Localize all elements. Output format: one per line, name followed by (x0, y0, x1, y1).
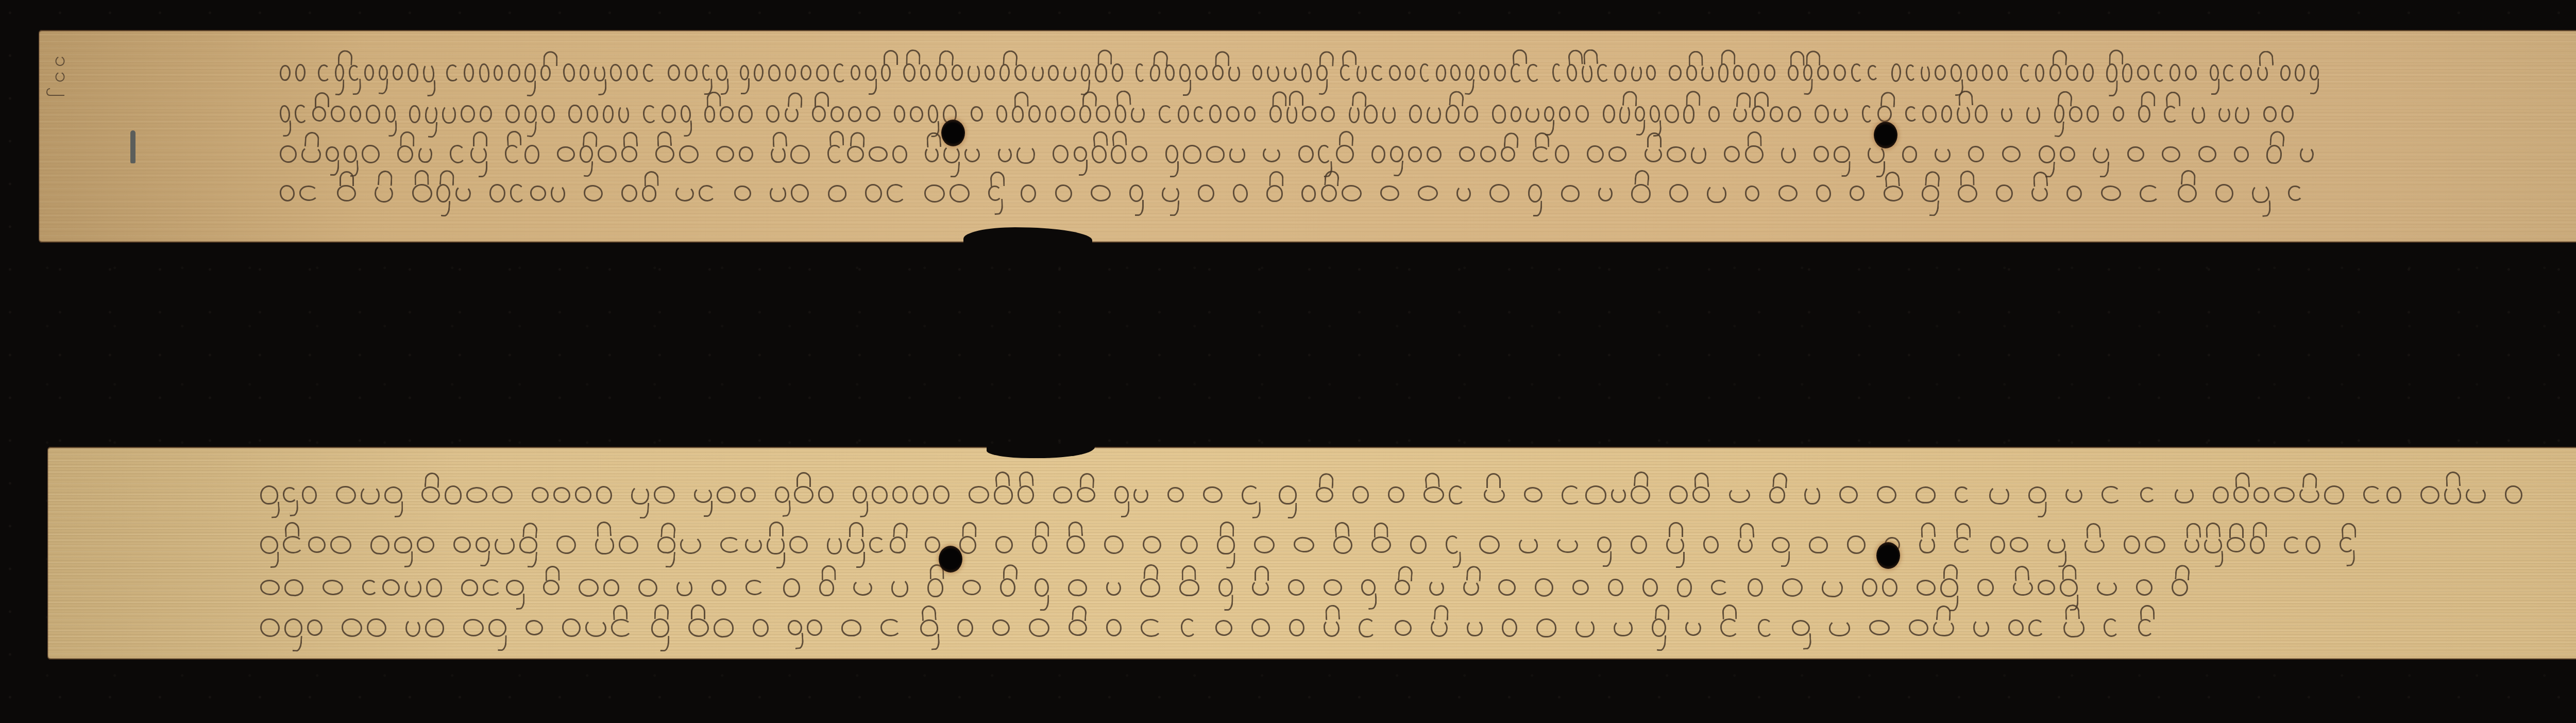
handwritten-glyph (2037, 579, 2056, 596)
handwritten-glyph (1581, 63, 1593, 82)
handwritten-glyph (789, 535, 808, 554)
handwritten-glyph (1710, 579, 1728, 595)
handwritten-glyph (1575, 618, 1595, 637)
handwritten-glyph (1676, 578, 1693, 598)
handwritten-glyph (1821, 577, 1843, 597)
handwritten-glyph (927, 105, 939, 124)
handwritten-glyph (1297, 145, 1314, 163)
handwritten-glyph (851, 65, 860, 80)
handwritten-glyph (1177, 105, 1190, 123)
handwritten-glyph (1968, 145, 1985, 163)
handwritten-glyph (1133, 486, 1149, 503)
handwritten-glyph (1954, 536, 1971, 553)
handwritten-glyph (578, 578, 599, 597)
handwritten-glyph (1382, 105, 1396, 124)
handwritten-glyph (865, 184, 882, 203)
handwritten-glyph (611, 618, 632, 637)
handwritten-glyph (1527, 63, 1540, 82)
handwritten-glyph (2266, 144, 2283, 164)
handwritten-glyph (1302, 106, 1316, 122)
handwritten-glyph (1686, 64, 1697, 80)
handwritten-glyph (2065, 64, 2079, 81)
handwritten-glyph (716, 64, 728, 81)
handwritten-glyph (361, 485, 380, 505)
handwritten-glyph (425, 618, 445, 637)
handwritten-glyph (416, 536, 435, 553)
handwritten-glyph (422, 63, 435, 82)
handwritten-glyph (704, 105, 715, 122)
handwritten-glyph (1136, 63, 1146, 82)
handwritten-glyph (1733, 64, 1743, 80)
handwritten-glyph (1851, 63, 1863, 82)
handwritten-glyph (2035, 63, 2045, 81)
handwritten-glyph (337, 185, 356, 201)
handwritten-glyph (1523, 486, 1543, 503)
handwritten-glyph (1902, 145, 1917, 163)
handwritten-glyph (1380, 185, 1400, 201)
handwritten-glyph (1666, 536, 1684, 554)
handwritten-glyph (1566, 63, 1578, 81)
handwritten-glyph (970, 106, 983, 122)
handwritten-glyph (2420, 485, 2439, 504)
handwritten-glyph (1575, 105, 1589, 123)
handwritten-glyph (2465, 486, 2486, 504)
handwritten-glyph (783, 578, 800, 597)
handwritten-glyph (282, 487, 297, 503)
handwritten-glyph (2154, 63, 2165, 82)
handwritten-glyph (603, 579, 619, 596)
handwritten-glyph (1164, 64, 1175, 81)
handwritten-glyph (1861, 105, 1873, 123)
handwritten-glyph (489, 183, 506, 203)
leaf-1-string-hole-right (1874, 122, 1897, 148)
handwritten-glyph (1561, 184, 1580, 202)
handwritten-glyph (643, 105, 657, 123)
handwritten-glyph (1215, 619, 1233, 636)
handwritten-glyph (2191, 104, 2206, 124)
handwritten-glyph (2198, 146, 2216, 163)
handwritten-glyph (366, 104, 381, 123)
handwritten-glyph (770, 145, 786, 163)
handwritten-glyph (1429, 579, 1445, 596)
handwritten-glyph (872, 485, 888, 504)
handwritten-glyph (2031, 185, 2048, 202)
handwritten-glyph (1288, 579, 1305, 596)
handwritten-glyph (920, 64, 931, 81)
handwritten-glyph (784, 106, 799, 122)
handwritten-glyph (1262, 146, 1281, 163)
handwritten-glyph (1445, 104, 1460, 124)
handwritten-glyph (2084, 536, 2105, 553)
handwritten-glyph (1358, 618, 1376, 637)
handwritten-glyph (1940, 578, 1958, 597)
handwritten-glyph (455, 185, 471, 202)
handwritten-glyph (557, 146, 575, 162)
handwritten-glyph (449, 144, 466, 163)
handwritten-glyph (927, 578, 944, 597)
handwritten-glyph (1510, 106, 1522, 122)
handwritten-glyph (767, 535, 785, 554)
handwritten-glyph (575, 486, 592, 503)
handwritten-glyph (1803, 64, 1812, 81)
handwritten-glyph (1498, 579, 1516, 596)
handwritten-glyph (790, 144, 810, 164)
handwritten-glyph (1630, 485, 1651, 505)
handwritten-glyph (478, 63, 489, 82)
handwritten-glyph (1982, 64, 1993, 81)
handwritten-glyph (1426, 104, 1442, 124)
handwritten-glyph (524, 63, 536, 82)
handwritten-glyph (1161, 184, 1180, 203)
handwritten-glyph (523, 105, 537, 124)
handwritten-glyph (1371, 536, 1392, 553)
handwritten-glyph (1839, 485, 1858, 503)
manuscript-text-line: ဝါ ဂ ဝ ဝလဝ ယဏ္ဍ ပ ဟာ ဝိ ဂ ကိ ဂ ကိ ဗွ ဝ ဂ… (280, 178, 2308, 209)
handwritten-glyph (819, 579, 835, 596)
handwritten-glyph (651, 618, 669, 637)
handwritten-glyph (1850, 185, 1866, 201)
handwritten-glyph (999, 63, 1010, 81)
handwritten-glyph (260, 580, 280, 595)
handwritten-glyph (1165, 145, 1179, 163)
handwritten-glyph (1787, 106, 1802, 123)
handwritten-glyph (1479, 535, 1500, 554)
handwritten-glyph (999, 578, 1015, 597)
handwritten-glyph (2053, 104, 2064, 123)
handwritten-glyph (2092, 145, 2110, 164)
handwritten-glyph (2294, 63, 2306, 81)
handwritten-glyph (2251, 183, 2270, 204)
handwritten-glyph (556, 535, 577, 555)
handwritten-glyph (1450, 64, 1461, 81)
handwritten-glyph (968, 485, 990, 505)
handwritten-glyph (494, 64, 503, 80)
handwritten-glyph (2386, 486, 2402, 503)
handwritten-glyph (827, 144, 843, 163)
handwritten-glyph (1252, 580, 1269, 596)
handwritten-glyph (1167, 487, 1184, 502)
handwritten-glyph (654, 485, 675, 504)
handwritten-glyph (1112, 63, 1123, 82)
handwritten-glyph (2444, 485, 2462, 505)
handwritten-glyph (1218, 578, 1233, 597)
handwritten-glyph (2215, 184, 2234, 203)
handwritten-glyph (1815, 105, 1829, 124)
handwritten-glyph (685, 64, 698, 81)
handwritten-glyph (364, 64, 375, 81)
handwritten-glyph (1032, 535, 1048, 554)
handwritten-glyph (1646, 65, 1657, 81)
handwritten-glyph (1179, 63, 1191, 81)
handwritten-glyph (2049, 64, 2062, 82)
handwritten-glyph (2281, 105, 2294, 123)
handwritten-glyph (1748, 63, 1759, 82)
handwritten-glyph (2324, 485, 2344, 505)
handwritten-glyph (1016, 144, 1036, 164)
handwritten-glyph (1067, 578, 1088, 597)
handwritten-glyph (295, 63, 306, 81)
handwritten-glyph (425, 104, 438, 124)
handwritten-glyph (317, 64, 330, 81)
handwritten-glyph (1341, 185, 1361, 202)
handwritten-glyph (912, 484, 929, 505)
handwritten-glyph (1217, 535, 1235, 554)
handwritten-glyph (988, 186, 1002, 201)
handwritten-glyph (1318, 145, 1332, 164)
handwritten-glyph (1096, 105, 1111, 123)
handwritten-glyph (1361, 579, 1376, 596)
handwritten-glyph (869, 146, 888, 162)
handwritten-glyph (370, 534, 390, 554)
handwritten-glyph (1587, 145, 1604, 163)
handwritten-glyph (720, 536, 740, 553)
handwritten-glyph (1804, 485, 1821, 505)
handwritten-glyph (1664, 104, 1679, 123)
handwritten-glyph (426, 578, 443, 597)
handwritten-glyph (1532, 146, 1550, 162)
handwritten-glyph (1967, 64, 1978, 81)
handwritten-glyph (1602, 105, 1615, 124)
handwritten-glyph (470, 145, 487, 163)
leaf-2-string-hole-left (939, 546, 962, 573)
handwritten-glyph (1552, 63, 1563, 82)
handwritten-glyph (334, 64, 344, 82)
handwritten-glyph (1315, 486, 1334, 503)
handwritten-glyph (1555, 145, 1569, 163)
handwritten-glyph (361, 145, 380, 164)
handwritten-glyph (2299, 486, 2320, 503)
handwritten-glyph (680, 105, 691, 123)
handwritten-glyph (1935, 146, 1950, 162)
handwritten-glyph (1269, 105, 1282, 123)
handwritten-glyph (1922, 105, 1938, 124)
handwritten-glyph (1371, 64, 1384, 81)
handwritten-glyph (1110, 144, 1127, 164)
handwritten-glyph (951, 64, 963, 81)
handwritten-glyph (1782, 578, 1803, 598)
handwritten-glyph (1916, 486, 1936, 503)
handwritten-glyph (597, 145, 617, 163)
handwritten-glyph (787, 619, 803, 636)
handwritten-glyph (1933, 618, 1955, 636)
handwritten-glyph (1266, 63, 1280, 82)
handwritten-glyph (1764, 64, 1775, 81)
handwritten-glyph (260, 535, 279, 554)
handwritten-glyph (2162, 146, 2180, 162)
handwritten-glyph (1209, 105, 1222, 123)
handwritten-glyph (609, 63, 622, 81)
handwritten-glyph (631, 485, 650, 505)
handwritten-glyph (1631, 64, 1642, 81)
handwritten-glyph (568, 105, 582, 123)
handwritten-glyph (1905, 106, 1918, 122)
handwritten-glyph (1356, 63, 1367, 82)
handwritten-glyph (453, 536, 471, 553)
handwritten-glyph (1701, 64, 1714, 81)
handwritten-glyph (1323, 579, 1343, 596)
handwritten-glyph (853, 579, 873, 596)
handwritten-glyph (2227, 537, 2245, 552)
handwritten-glyph (1410, 535, 1427, 554)
handwritten-glyph (1669, 184, 1689, 203)
handwritten-glyph (492, 486, 513, 503)
handwritten-glyph (551, 184, 565, 203)
handwritten-glyph (1286, 105, 1298, 124)
handwritten-glyph (621, 184, 638, 202)
handwritten-glyph (1905, 64, 1916, 81)
handwritten-glyph (812, 106, 825, 122)
handwritten-glyph (734, 186, 752, 201)
handwritten-glyph (530, 185, 547, 201)
handwritten-glyph (766, 105, 781, 123)
handwritten-glyph (1106, 580, 1121, 596)
handwritten-glyph (740, 486, 756, 503)
handwritten-glyph (1278, 485, 1297, 505)
handwritten-glyph (679, 145, 698, 163)
handwritten-glyph (1737, 536, 1753, 553)
handwritten-glyph (1066, 535, 1086, 554)
handwritten-glyph (1724, 145, 1741, 163)
handwritten-glyph (330, 105, 346, 123)
handwritten-glyph (1394, 579, 1411, 596)
handwritten-glyph (794, 486, 814, 503)
handwritten-glyph (1180, 618, 1196, 637)
handwritten-glyph (1095, 63, 1108, 82)
handwritten-glyph (846, 145, 865, 163)
handwritten-glyph (1179, 579, 1200, 596)
handwritten-glyph (1598, 186, 1613, 201)
handwritten-glyph (740, 65, 749, 80)
handwritten-glyph (1251, 618, 1270, 637)
handwritten-glyph (667, 64, 681, 81)
handwritten-glyph (1645, 146, 1662, 162)
handwritten-glyph (2097, 580, 2117, 596)
handwritten-glyph (1195, 65, 1208, 80)
handwritten-glyph (531, 486, 549, 503)
handwritten-glyph (379, 65, 388, 81)
handwritten-glyph (1140, 618, 1162, 637)
handwritten-glyph (1129, 184, 1143, 202)
handwritten-glyph (790, 183, 809, 203)
handwritten-glyph (1063, 64, 1077, 81)
handwritten-glyph (1114, 104, 1127, 123)
handwritten-glyph (818, 485, 834, 504)
handwritten-glyph (619, 535, 639, 554)
handwritten-glyph (920, 618, 939, 636)
handwritten-glyph (260, 484, 279, 505)
manuscript-text-line: ဗွ ယ ဏ္ဍာ ဝဝဝ ဝ ဗွ ပ ဂ ဝ ဂ ဝ ဂ ဝ ဂ ဝ ဂ ဝ… (260, 572, 2524, 603)
handwritten-glyph (1364, 104, 1378, 123)
handwritten-glyph (2127, 146, 2144, 162)
handwritten-glyph (1950, 63, 1962, 82)
handwritten-glyph (768, 64, 781, 82)
handwritten-glyph (1335, 144, 1354, 163)
handwritten-glyph (322, 579, 344, 596)
handwritten-glyph (312, 106, 327, 122)
handwritten-glyph (1466, 619, 1483, 637)
handwritten-glyph (962, 580, 981, 595)
handwritten-glyph (1607, 578, 1624, 597)
handwritten-glyph (2306, 535, 2321, 554)
handwritten-glyph (524, 144, 540, 164)
handwritten-glyph (753, 63, 764, 81)
handwritten-glyph (585, 619, 606, 637)
handwritten-glyph (964, 146, 981, 163)
handwritten-glyph (580, 145, 594, 163)
handwritten-glyph (1142, 535, 1162, 554)
handwritten-glyph (409, 105, 420, 123)
handwritten-glyph (866, 106, 880, 122)
handwritten-glyph (2212, 485, 2229, 503)
handwritten-glyph (957, 618, 974, 637)
handwritten-glyph (2103, 618, 2119, 637)
handwritten-glyph (893, 105, 906, 123)
handwritten-glyph (1494, 63, 1506, 81)
handwritten-glyph (1409, 104, 1422, 124)
handwritten-glyph (2233, 146, 2249, 163)
handwritten-glyph (1703, 535, 1719, 554)
handwritten-glyph (335, 485, 357, 505)
handwritten-glyph (626, 64, 638, 81)
handwritten-glyph (1048, 64, 1059, 80)
handwritten-glyph (2204, 536, 2223, 554)
handwritten-glyph (1266, 184, 1283, 202)
handwritten-glyph (279, 105, 291, 123)
handwritten-glyph (412, 184, 432, 203)
handwritten-glyph (563, 63, 575, 82)
handwritten-glyph (1388, 64, 1401, 81)
handwritten-glyph (284, 578, 304, 597)
handwritten-glyph (2250, 535, 2265, 554)
handwritten-glyph (1995, 184, 2013, 202)
handwritten-glyph (301, 145, 321, 163)
handwritten-glyph (1055, 184, 1072, 203)
handwritten-glyph (1183, 144, 1202, 164)
handwritten-glyph (1597, 63, 1609, 82)
handwritten-glyph (1079, 105, 1091, 123)
handwritten-glyph (595, 535, 615, 555)
handwritten-glyph (284, 617, 303, 637)
handwritten-glyph (1954, 486, 1970, 503)
handwritten-glyph (713, 617, 734, 638)
handwritten-glyph (349, 105, 362, 122)
handwritten-glyph (702, 64, 712, 81)
handwritten-glyph (1890, 63, 1901, 82)
handwritten-glyph (1745, 145, 1764, 163)
handwritten-glyph (716, 485, 736, 504)
handwritten-glyph (984, 64, 995, 80)
handwritten-glyph (996, 105, 1008, 123)
handwritten-glyph (442, 105, 456, 124)
handwritten-glyph (2060, 578, 2078, 597)
handwritten-glyph (1690, 144, 1707, 164)
handwritten-glyph (1028, 618, 1049, 637)
handwritten-glyph (330, 535, 352, 554)
handwritten-glyph (1561, 485, 1581, 505)
handwritten-glyph (1254, 536, 1275, 554)
handwritten-glyph (1572, 579, 1589, 596)
handwritten-glyph (1934, 64, 1946, 80)
handwritten-glyph (1720, 618, 1739, 637)
handwritten-glyph (1301, 63, 1312, 82)
handwritten-glyph (738, 146, 753, 162)
handwritten-glyph (1091, 145, 1107, 164)
handwritten-glyph (1876, 485, 1897, 505)
handwritten-glyph (1389, 145, 1404, 163)
handwritten-glyph (2063, 617, 2085, 637)
handwritten-glyph (594, 64, 605, 81)
handwritten-glyph (1229, 146, 1245, 163)
